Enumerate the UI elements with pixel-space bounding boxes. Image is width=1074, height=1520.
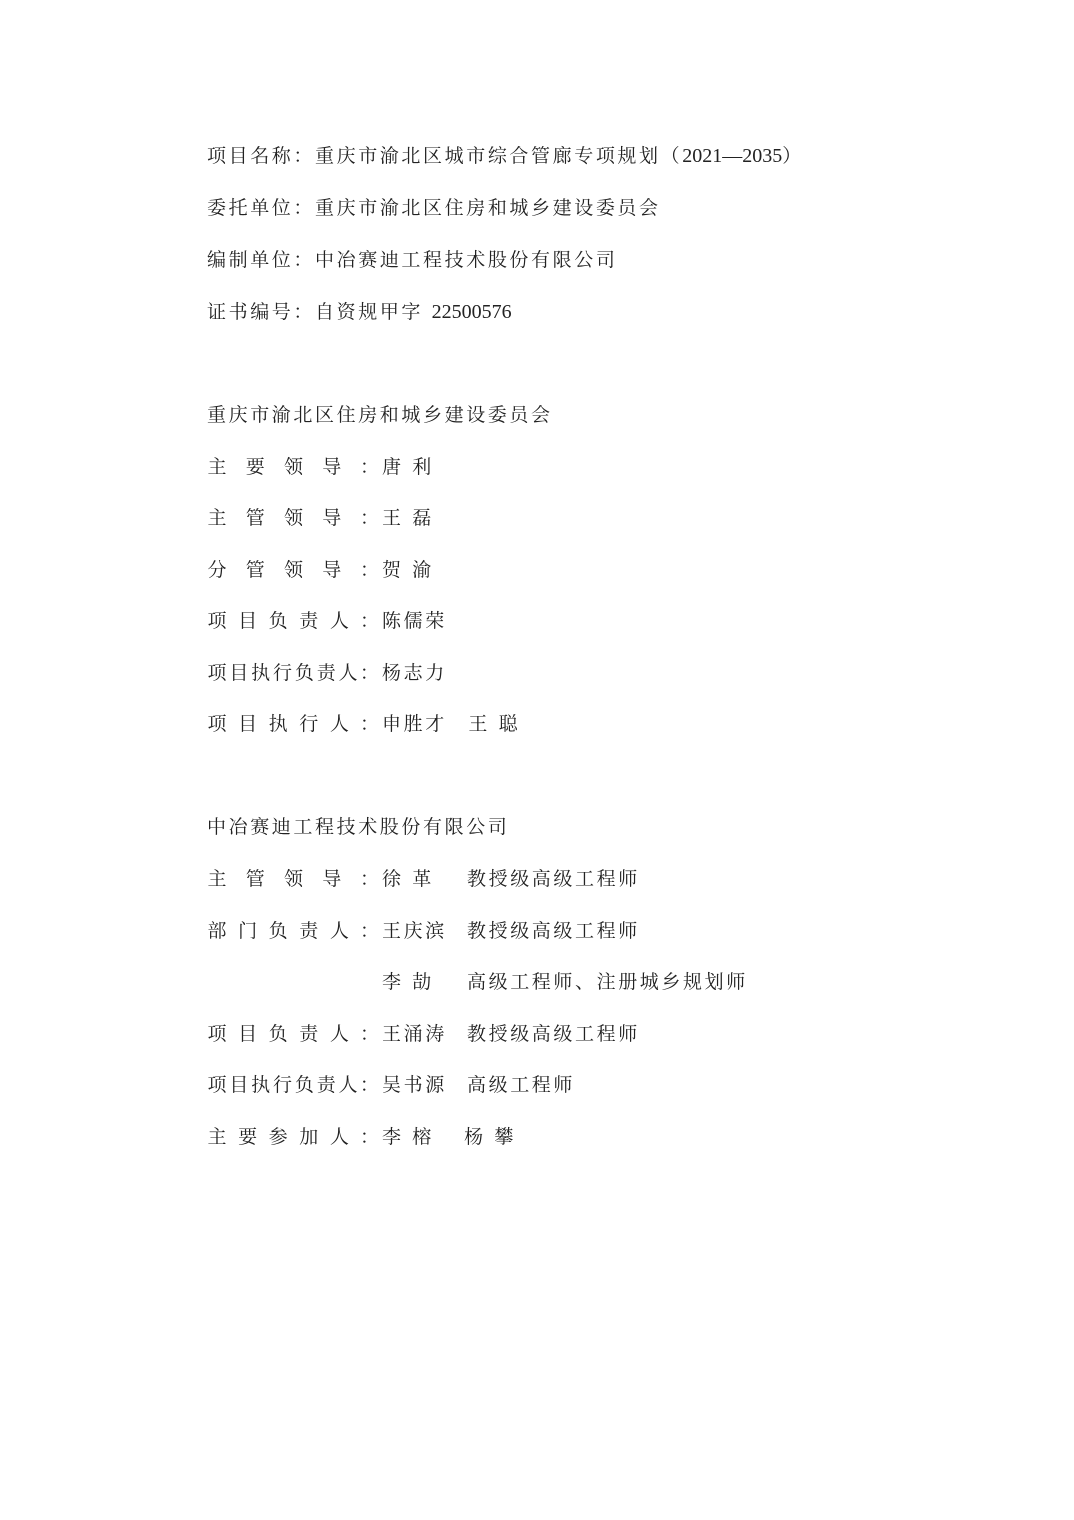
label-char: 主 xyxy=(207,1122,227,1152)
label-colon: ： xyxy=(360,555,382,585)
label-char: 导 xyxy=(322,503,342,533)
person-name: 李 劼 xyxy=(382,967,434,997)
label-char: 分 xyxy=(207,555,227,585)
person-title: 教授级高级工程师 xyxy=(467,916,640,946)
label-char: 主 xyxy=(207,503,227,533)
label-char: 行 xyxy=(299,709,319,739)
project-name-line: 项目名称：重庆市渝北区城市综合管廊专项规划（2021—2035） xyxy=(207,141,804,171)
compiler-line: 编制单位：中冶赛迪工程技术股份有限公司 xyxy=(207,245,617,275)
person-names: 王 磊 xyxy=(382,503,434,533)
person-title: 教授级高级工程师 xyxy=(467,864,640,894)
certificate-line: 证书编号：自资规甲字 22500576 xyxy=(207,297,512,327)
certificate-number: 22500576 xyxy=(432,301,512,323)
person-name: 王涌涛 xyxy=(382,1019,447,1049)
label-char: 目 xyxy=(238,709,258,739)
label-char: 目 xyxy=(238,606,258,636)
label-char: 责 xyxy=(299,916,319,946)
label-char: 要 xyxy=(245,452,265,482)
label-char: 人 xyxy=(329,1122,349,1152)
row-label: 项 目 执 行 负 责 人 ： xyxy=(207,1070,382,1100)
label-char: 人 xyxy=(329,709,349,739)
client-value: 重庆市渝北区住房和城乡建设委员会 xyxy=(315,197,661,219)
label-char: 执 xyxy=(268,709,288,739)
label-char: 导 xyxy=(322,864,342,894)
label-char: 主 xyxy=(207,452,227,482)
label-char: 人 xyxy=(329,916,349,946)
project-name-value: 重庆市渝北区城市综合管廊专项规划（ xyxy=(315,145,682,167)
label-colon: ： xyxy=(360,864,382,894)
compiler-section-heading: 中冶赛迪工程技术股份有限公司 xyxy=(207,812,509,842)
row-label: 主 管 领 导 ： xyxy=(207,503,382,533)
compiler-label: 编制单位： xyxy=(207,249,315,271)
certificate-label: 证书编号： xyxy=(207,301,315,323)
label-char: 加 xyxy=(299,1122,319,1152)
person-title: 高级工程师 xyxy=(467,1070,575,1100)
label-char: 负 xyxy=(268,916,288,946)
label-colon: ： xyxy=(360,452,382,482)
label-char: 责 xyxy=(316,1070,336,1100)
label-colon: ： xyxy=(360,916,382,946)
label-char: 负 xyxy=(268,1019,288,1049)
label-char: 导 xyxy=(322,555,342,585)
label-char: 责 xyxy=(299,1019,319,1049)
label-char: 管 xyxy=(245,864,265,894)
label-char: 参 xyxy=(268,1122,288,1152)
person-title: 高级工程师、注册城乡规划师 xyxy=(467,967,748,997)
label-char: 负 xyxy=(268,606,288,636)
row-label: 主 要 领 导 ： xyxy=(207,452,382,482)
project-name-label: 项目名称： xyxy=(207,145,315,167)
row-label: 项 目 执 行 人 ： xyxy=(207,709,382,739)
client-line: 委托单位：重庆市渝北区住房和城乡建设委员会 xyxy=(207,193,661,223)
person-name: 徐 革 xyxy=(382,864,434,894)
label-char: 人 xyxy=(338,1070,358,1100)
label-char: 领 xyxy=(284,864,304,894)
certificate-prefix: 自资规甲字 xyxy=(315,301,432,323)
label-char: 行 xyxy=(273,658,293,688)
label-char: 人 xyxy=(329,1019,349,1049)
label-char: 人 xyxy=(329,606,349,636)
label-char: 负 xyxy=(294,1070,314,1100)
project-years: 2021—2035 xyxy=(682,145,782,167)
person-names: 申胜才 王 聪 xyxy=(382,709,520,739)
row-label: 部 门 负 责 人 ： xyxy=(207,916,382,946)
label-char: 目 xyxy=(238,1019,258,1049)
label-char: 责 xyxy=(316,658,336,688)
person-title: 教授级高级工程师 xyxy=(467,1019,640,1049)
label-char: 项 xyxy=(207,606,227,636)
label-colon: ： xyxy=(360,709,382,739)
client-label: 委托单位： xyxy=(207,197,315,219)
label-char: 项 xyxy=(207,658,227,688)
compiler-value: 中冶赛迪工程技术股份有限公司 xyxy=(315,249,617,271)
label-colon: ： xyxy=(360,658,382,688)
label-char: 导 xyxy=(322,452,342,482)
label-char: 主 xyxy=(207,864,227,894)
person-name: 吴书源 xyxy=(382,1070,447,1100)
row-label: 分 管 领 导 ： xyxy=(207,555,382,585)
label-colon: ： xyxy=(360,503,382,533)
label-char: 项 xyxy=(207,1019,227,1049)
label-char: 领 xyxy=(284,555,304,585)
label-char: 要 xyxy=(238,1122,258,1152)
person-names: 唐 利 xyxy=(382,452,434,482)
label-char: 行 xyxy=(273,1070,293,1100)
row-label: 主 管 领 导 ： xyxy=(207,864,382,894)
label-char: 执 xyxy=(251,658,271,688)
document-page: 项目名称：重庆市渝北区城市综合管廊专项规划（2021—2035） 委托单位：重庆… xyxy=(0,0,1074,1520)
label-colon: ： xyxy=(360,1122,382,1152)
label-colon: ： xyxy=(360,1019,382,1049)
label-char: 项 xyxy=(207,1070,227,1100)
person-names: 杨志力 xyxy=(382,658,447,688)
row-label: 项 目 负 责 人 ： xyxy=(207,1019,382,1049)
label-char: 领 xyxy=(284,503,304,533)
label-char: 管 xyxy=(245,555,265,585)
label-colon: ： xyxy=(360,1070,382,1100)
row-label: 主 要 参 加 人 ： xyxy=(207,1122,382,1152)
project-name-suffix: ） xyxy=(782,145,804,167)
person-name: 王庆滨 xyxy=(382,916,447,946)
row-label: 项 目 负 责 人 ： xyxy=(207,606,382,636)
person-names: 贺 渝 xyxy=(382,555,434,585)
label-char: 部 xyxy=(207,916,227,946)
label-char: 负 xyxy=(294,658,314,688)
person-names: 陈儒荣 xyxy=(382,606,447,636)
label-char: 领 xyxy=(284,452,304,482)
person-names: 李 榕 杨 攀 xyxy=(382,1122,516,1152)
label-char: 执 xyxy=(251,1070,271,1100)
row-label: 项 目 执 行 负 责 人 ： xyxy=(207,658,382,688)
label-colon: ： xyxy=(360,606,382,636)
label-char: 管 xyxy=(245,503,265,533)
client-section-heading: 重庆市渝北区住房和城乡建设委员会 xyxy=(207,400,553,430)
label-char: 门 xyxy=(238,916,258,946)
label-char: 项 xyxy=(207,709,227,739)
label-char: 目 xyxy=(229,658,249,688)
label-char: 目 xyxy=(229,1070,249,1100)
label-char: 责 xyxy=(299,606,319,636)
label-char: 人 xyxy=(338,658,358,688)
